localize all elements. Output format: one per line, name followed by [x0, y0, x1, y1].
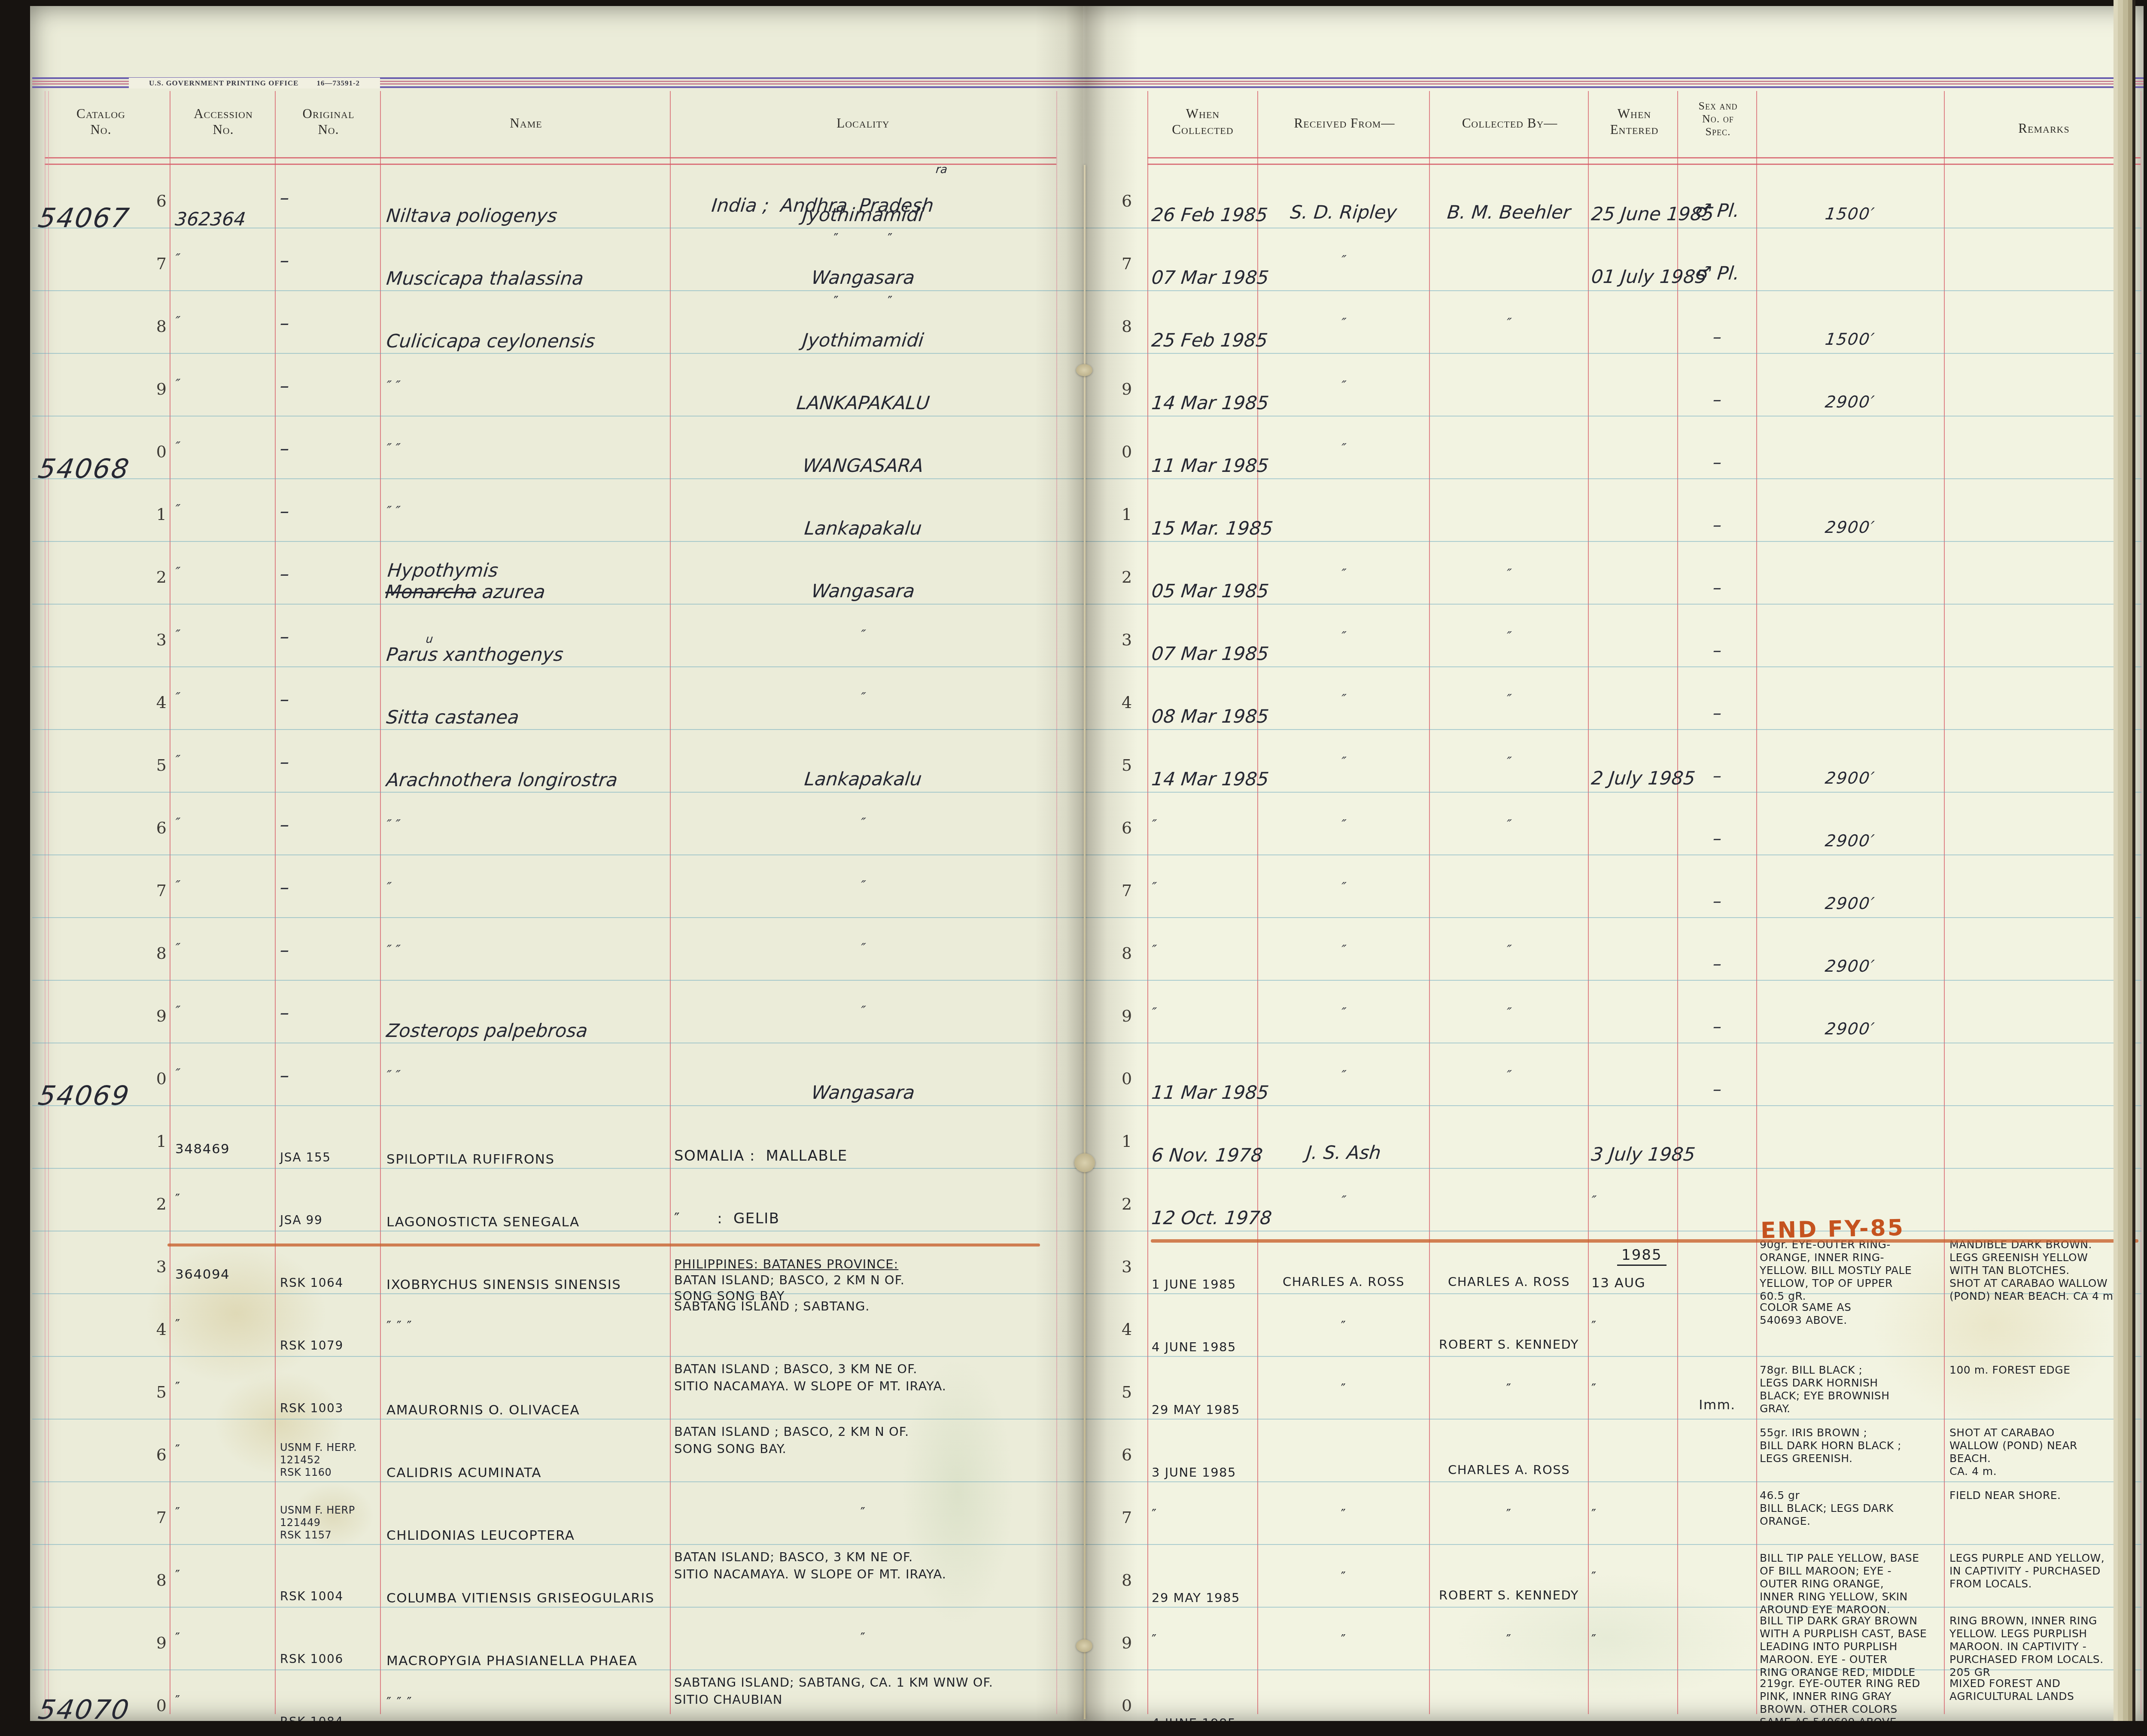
locality: ″ — [674, 1630, 1052, 1645]
row-number: 0 — [148, 442, 167, 461]
locality: ″ — [673, 815, 1053, 830]
species-name: CALIDRIS ACUMINATA — [386, 1465, 668, 1481]
species-name: COLUMBA VITIENSIS GRISEOGULARIS — [386, 1590, 668, 1606]
received-from: ″ — [1260, 441, 1427, 456]
original-number: RSK 1004 — [280, 1589, 378, 1603]
species-name: AMAURORNIS O. OLIVACEA — [386, 1402, 668, 1418]
accession-number: ″ — [175, 1630, 272, 1645]
sex-and-count: – — [1680, 703, 1755, 723]
row-number: 6 — [148, 818, 167, 837]
date-entered: ″ — [1590, 1193, 1676, 1208]
locality: ″ — [673, 878, 1053, 893]
accession-number: ″ — [174, 377, 273, 392]
received-from: ″ — [1261, 1507, 1426, 1522]
column-header-sex-no-spec: Sex and No. of Spec. — [1677, 100, 1759, 138]
column-header-original-no: Original No. — [279, 106, 378, 137]
collected-by: CHARLES A. ROSS — [1432, 1274, 1585, 1289]
locality: ″ — [673, 690, 1053, 705]
remarks-continued: MIXED FOREST AND AGRICULTURAL LANDS — [1949, 1677, 2140, 1703]
species-name: SPILOPTILA RUFIFRONS — [386, 1152, 668, 1167]
original-number: – — [279, 375, 379, 397]
species-name: CHLIDONIAS LEUCOPTERA — [386, 1528, 668, 1543]
row-number: 6 — [148, 192, 167, 210]
date-entered: 25 June 1985 — [1590, 204, 1676, 225]
collected-by: ″ — [1432, 1507, 1585, 1522]
received-from: ″ — [1260, 253, 1427, 268]
remarks: 46.5 gr BILL BLACK; LEGS DARK ORANGE. — [1760, 1489, 1943, 1528]
date-collected: 4 JUNE 1985 — [1152, 1340, 1256, 1354]
original-number: RSK 1079 — [280, 1338, 378, 1353]
received-from: ″ — [1261, 1319, 1426, 1334]
accession-number: ″ — [175, 1442, 272, 1457]
sex-and-count: ♂ Pl. — [1679, 263, 1755, 284]
column-header-received-from: Received From— — [1261, 115, 1428, 131]
original-number: – — [279, 250, 379, 271]
sex-and-count: – — [1680, 390, 1755, 410]
date-entered: ″ — [1591, 1319, 1676, 1334]
species-name: LAGONOSTICTA SENEGALA — [386, 1214, 668, 1230]
ledger-scan: U.S. GOVERNMENT PRINTING OFFICE 16—73591… — [0, 0, 2147, 1736]
binding-stitch — [1076, 364, 1092, 376]
date-collected: 08 Mar 1985 — [1150, 706, 1256, 727]
locality: Wangasara — [673, 267, 1053, 289]
species-name: ″ ″ ″ — [386, 1319, 668, 1334]
accession-number: 348469 — [175, 1141, 272, 1157]
received-from: ″ — [1260, 817, 1427, 832]
row-number: 8 — [148, 1571, 167, 1590]
collected-by: ″ — [1432, 566, 1586, 581]
date-entered: ″ — [1591, 1632, 1676, 1647]
species-name: ″ ″ — [386, 504, 669, 519]
row-number: 5 — [148, 1383, 167, 1402]
collected-by: B. M. Beehler — [1431, 202, 1586, 223]
locality: LANKAPAKALU — [673, 392, 1053, 414]
date-collected: 15 Mar. 1985 — [1150, 518, 1256, 539]
species-name: ″ ″ — [386, 817, 669, 832]
received-from: ″ — [1260, 1005, 1427, 1020]
column-header-accession-no: Accession No. — [174, 106, 273, 137]
column-header-name: Name — [386, 115, 666, 131]
original-number: – — [279, 563, 379, 585]
received-from: ″ — [1260, 629, 1427, 644]
date-entered: ″ — [1591, 1507, 1676, 1522]
column-header-collected-by: Collected By— — [1432, 115, 1587, 131]
accession-number: ″ — [174, 314, 273, 329]
locality: SABTANG ISLAND; SABTANG, CA. 1 KM WNW OF… — [674, 1674, 1052, 1708]
date-collected: 14 Mar 1985 — [1150, 392, 1256, 414]
received-from: ″ — [1260, 566, 1427, 581]
remarks: COLOR SAME AS 540693 ABOVE. — [1760, 1301, 1943, 1327]
row-number: 0 — [148, 1069, 167, 1088]
species-name: ″ ″ — [386, 378, 669, 393]
original-number: RSK 1006 — [280, 1652, 378, 1666]
elevation: 1500′ — [1755, 330, 1945, 349]
date-collected: ″ — [1152, 1632, 1256, 1647]
collected-by: ″ — [1432, 754, 1586, 769]
elevation: 1500′ — [1755, 204, 1945, 223]
accession-number: ″ — [174, 565, 273, 580]
date-collected: 26 Feb 1985 — [1150, 204, 1256, 226]
date-entered: ″ — [1591, 1381, 1676, 1396]
original-number: – — [279, 877, 379, 898]
received-from: ″ — [1261, 1632, 1426, 1647]
row-number: 3 — [148, 1257, 167, 1276]
accession-number: ″ — [175, 1568, 272, 1583]
elevation: 2900′ — [1755, 957, 1945, 976]
elevation: 2900′ — [1755, 518, 1945, 537]
date-entered: 13 AUG — [1591, 1275, 1676, 1291]
received-from: ″ — [1260, 880, 1427, 895]
date-collected: 05 Mar 1985 — [1150, 581, 1256, 602]
date-collected: 1 JUNE 1985 — [1152, 1277, 1256, 1292]
binding-thread — [1084, 165, 1086, 1719]
end-fy-line-left — [167, 1243, 1040, 1247]
locality: BATAN ISLAND; BASCO, 3 KM NE OF. SITIO N… — [674, 1548, 1052, 1583]
printer-stamp: U.S. GOVERNMENT PRINTING OFFICE 16—73591… — [129, 78, 380, 88]
species-name: Parus xanthogenysu — [385, 644, 669, 666]
date-entered: 3 July 1985 — [1590, 1144, 1676, 1165]
elevation: 2900′ — [1755, 894, 1945, 913]
species-name: ″ — [386, 880, 669, 895]
collected-by: CHARLES A. ROSS — [1432, 1462, 1585, 1477]
binding-stitch — [1074, 1153, 1095, 1172]
species-name: Arachnothera longirostra — [385, 769, 669, 791]
sex-and-count: Imm. — [1681, 1397, 1754, 1413]
locality: ″ — [673, 1003, 1053, 1018]
row-number: 2 — [148, 1195, 167, 1213]
date-collected: 25 Feb 1985 — [1150, 330, 1256, 351]
collected-by: ROBERT S. KENNEDY — [1432, 1337, 1585, 1352]
date-entered: 2 July 1985 — [1590, 768, 1676, 789]
remarks: 55gr. IRIS BROWN ; BILL DARK HORN BLACK … — [1760, 1426, 1943, 1465]
collected-by: ROBERT S. KENNEDY — [1432, 1588, 1585, 1602]
page-edges — [2114, 0, 2135, 1736]
remarks: 78gr. BILL BLACK ; LEGS DARK HORNISH BLA… — [1760, 1364, 1943, 1415]
accession-number: ″ — [174, 502, 273, 517]
accession-number: 362364 — [174, 209, 273, 230]
original-number: – — [279, 689, 379, 710]
locality: ″ — [674, 1505, 1052, 1520]
collected-by: ″ — [1432, 316, 1586, 331]
species-name: ″ ″ ″ — [386, 1695, 668, 1710]
row-number: 9 — [148, 1006, 167, 1025]
row-number: 7 — [148, 881, 167, 900]
locality: WANGASARA — [673, 455, 1053, 477]
row-number: 0 — [148, 1696, 167, 1715]
species-name: Sitta castanea — [385, 707, 669, 728]
received-from: ″ — [1260, 942, 1427, 958]
remarks-continued: SHOT AT CARABAO WALLOW (POND) NEAR BEACH… — [1949, 1426, 2140, 1478]
remarks-continued: FIELD NEAR SHORE. — [1949, 1489, 2140, 1502]
accession-number: ″ — [174, 753, 273, 768]
row-number: 7 — [148, 254, 167, 273]
species-name: ″ ″ — [386, 942, 669, 958]
collected-by: ″ — [1432, 629, 1586, 644]
collected-by: ″ — [1432, 692, 1586, 707]
date-collected: 07 Mar 1985 — [1150, 643, 1256, 665]
accession-number: ″ — [175, 1693, 272, 1708]
sex-and-count: – — [1680, 641, 1755, 660]
species-name: IXOBRYCHUS SINENSIS SINENSIS — [386, 1277, 668, 1292]
end-fy-line-right — [1151, 1239, 2138, 1243]
sex-and-count: – — [1680, 515, 1755, 535]
locality: BATAN ISLAND ; BASCO, 2 KM N OF. SONG SO… — [674, 1423, 1052, 1457]
original-number: – — [279, 626, 379, 648]
original-number: JSA 155 — [280, 1150, 378, 1164]
sex-and-count: – — [1680, 1017, 1755, 1037]
row-number: 9 — [148, 380, 167, 398]
collected-by: ″ — [1432, 817, 1586, 832]
locality-ditto: ″ ″ — [674, 294, 1052, 309]
sex-and-count: – — [1680, 1079, 1755, 1099]
accession-number: ″ — [174, 439, 273, 454]
sex-and-count: ♂ Pl. — [1679, 200, 1755, 222]
date-collected: ″ — [1151, 817, 1256, 832]
original-number: – — [279, 939, 379, 961]
row-number: 4 — [148, 1320, 167, 1339]
locality: Jyothimamidi — [673, 204, 1053, 226]
received-from: ″ — [1261, 1569, 1426, 1584]
elevation: 2900′ — [1755, 769, 1945, 787]
year-heading: 1985 — [1617, 1247, 1667, 1266]
collected-by: ″ — [1432, 1632, 1585, 1647]
original-number: JSA 99 — [280, 1213, 378, 1227]
accession-number: ″ — [174, 690, 273, 705]
accession-number: ″ — [174, 1003, 273, 1018]
received-from: ″ — [1260, 692, 1427, 707]
received-from: ″ — [1260, 1193, 1427, 1208]
binding-stitch — [1076, 1639, 1092, 1652]
scan-edge-bottom — [0, 1721, 2147, 1736]
row-number: 6 — [148, 1445, 167, 1464]
original-number: USNM F. HERP. 121452 RSK 1160 — [280, 1441, 378, 1479]
sex-and-count: – — [1680, 578, 1755, 598]
sex-and-count: – — [1680, 891, 1755, 911]
row-number: 3 — [148, 630, 167, 649]
original-number: USNM F. HERP 121449 RSK 1157 — [280, 1504, 378, 1541]
binding-gutter — [1035, 6, 1138, 1722]
date-collected: 07 Mar 1985 — [1150, 267, 1256, 289]
original-number: – — [279, 1065, 379, 1086]
accession-number: ″ — [174, 941, 273, 956]
accession-number: ″ — [175, 1317, 272, 1332]
accession-number: ″ — [175, 1380, 272, 1395]
elevation: 2900′ — [1755, 1019, 1945, 1038]
date-entered: 01 July 1985 — [1590, 266, 1676, 288]
accession-number: 364094 — [175, 1267, 272, 1282]
column-header-catalog-no: Catalog No. — [47, 106, 155, 137]
collected-by: ″ — [1432, 1068, 1586, 1083]
original-number: – — [279, 1002, 379, 1024]
collected-by: ″ — [1432, 1381, 1585, 1396]
date-collected: ″ — [1152, 1507, 1256, 1522]
received-from: ″ — [1260, 378, 1427, 393]
original-number: – — [279, 187, 379, 209]
species-name: Muscicapa thalassina — [385, 268, 669, 289]
sex-and-count: – — [1680, 453, 1755, 472]
received-from: ″ — [1261, 1381, 1426, 1396]
locality: ″ — [673, 941, 1053, 956]
date-collected: 29 MAY 1985 — [1152, 1402, 1256, 1417]
date-collected: ″ — [1151, 880, 1256, 895]
date-collected: 14 Mar 1985 — [1150, 769, 1256, 790]
row-number: 4 — [148, 693, 167, 712]
column-header-locality: Locality — [674, 115, 1052, 131]
received-from: ″ — [1260, 1068, 1427, 1083]
row-number: 1 — [148, 505, 167, 524]
species-name: HypothymisMonarcha azurea — [384, 560, 670, 603]
accession-number: ″ — [174, 815, 273, 830]
sex-and-count: – — [1680, 327, 1755, 347]
row-number: 2 — [148, 568, 167, 587]
accession-number: ″ — [174, 878, 273, 893]
locality: Lankapakalu — [673, 769, 1053, 790]
locality: SABTANG ISLAND ; SABTANG. — [674, 1298, 1052, 1315]
received-from: ″ — [1260, 316, 1427, 331]
locality: Jyothimamidi — [673, 330, 1053, 351]
row-number: 7 — [148, 1508, 167, 1527]
date-collected: 6 Nov. 1978 — [1150, 1145, 1256, 1166]
sex-and-count: – — [1680, 829, 1755, 848]
date-collected: 11 Mar 1985 — [1150, 1082, 1256, 1104]
date-collected: 12 Oct. 1978 — [1150, 1207, 1256, 1229]
locality: Lankapakalu — [673, 518, 1053, 539]
end-of-fiscal-year-marker: END FY-85 — [1760, 1215, 1905, 1243]
column-header-when-entered: When Entered — [1591, 106, 1677, 137]
accession-number: ″ — [174, 251, 273, 266]
row-number: 8 — [148, 944, 167, 963]
species-name: Niltava poliogenys — [385, 205, 669, 227]
original-number: – — [279, 814, 379, 836]
received-from: S. D. Ripley — [1259, 202, 1427, 223]
remarks-continued: LEGS PURPLE AND YELLOW, IN CAPTIVITY - P… — [1949, 1552, 2140, 1590]
header-rule-right-page — [1147, 157, 2141, 165]
accession-number: ″ — [174, 627, 273, 642]
locality: ″ : GELIB — [674, 1210, 1052, 1227]
original-number: – — [279, 501, 379, 522]
accession-number: ″ — [174, 1066, 273, 1081]
received-from: CHARLES A. ROSS — [1261, 1274, 1426, 1289]
column-header-remarks: Remarks — [1949, 120, 2138, 136]
elevation: 2900′ — [1755, 392, 1945, 411]
species-name: MACROPYGIA PHASIANELLA PHAEA — [386, 1653, 668, 1669]
collected-by: ″ — [1432, 942, 1586, 958]
row-number: 5 — [148, 756, 167, 775]
date-collected: ″ — [1151, 942, 1256, 958]
date-collected: 11 Mar 1985 — [1150, 455, 1256, 477]
date-collected: 29 MAY 1985 — [1152, 1590, 1256, 1605]
date-entered: ″ — [1591, 1569, 1676, 1584]
row-number: 1 — [148, 1132, 167, 1151]
header-rule-left-page — [45, 157, 1056, 165]
remarks-continued: 100 m. FOREST EDGE — [1949, 1364, 2140, 1377]
sex-and-count: – — [1680, 766, 1755, 786]
received-from: ″ — [1260, 754, 1427, 769]
sex-and-count: – — [1680, 954, 1755, 974]
original-number: – — [279, 438, 379, 459]
species-name: Culicicapa ceylonensis — [385, 331, 669, 352]
locality-ditto: ″ ″ — [674, 231, 1052, 246]
row-number: 9 — [148, 1633, 167, 1652]
elevation: 2900′ — [1755, 831, 1945, 850]
received-from: J. S. Ash — [1259, 1142, 1427, 1164]
locality: BATAN ISLAND ; BASCO, 3 KM NE OF. SITIO … — [674, 1360, 1052, 1395]
row-number: 8 — [148, 317, 167, 336]
locality: ″ — [673, 627, 1053, 642]
date-collected: 3 JUNE 1985 — [1152, 1465, 1256, 1480]
accession-number: ″ — [175, 1505, 272, 1520]
date-collected: ″ — [1151, 1005, 1256, 1020]
original-number: – — [279, 751, 379, 773]
original-number: RSK 1064 — [280, 1276, 378, 1290]
column-header-when-collected: When Collected — [1149, 106, 1256, 137]
species-name: ″ ″ — [386, 1068, 669, 1083]
locality: SOMALIA : MALLABLE — [674, 1147, 1052, 1164]
original-number: RSK 1003 — [280, 1401, 378, 1415]
original-number: – — [279, 313, 379, 334]
accession-number: ″ — [175, 1192, 272, 1207]
locality: Wangasara — [673, 581, 1053, 602]
insertion-mark: u — [425, 633, 434, 646]
species-name: Zosterops palpebrosa — [385, 1020, 669, 1042]
collected-by: ″ — [1432, 1005, 1586, 1020]
locality: Wangasara — [673, 1082, 1053, 1104]
species-name: ″ ″ — [386, 441, 669, 456]
